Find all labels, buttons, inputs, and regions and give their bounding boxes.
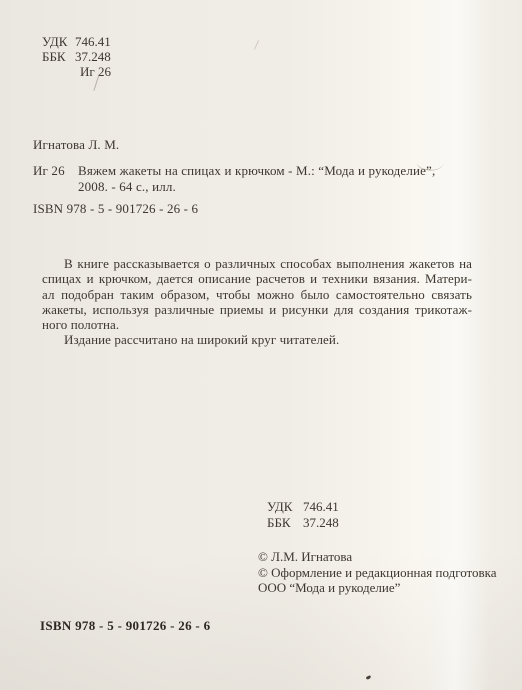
udk-row: УДК 746.41 [42,34,111,49]
copyright-publisher: ООО “Мода и рукоделие” [258,580,497,596]
annotation-line: спицах и крючком, дается описание расчет… [42,271,472,286]
scan-artifact-dust [254,40,259,50]
annotation-line: В книге рассказывается о различных спосо… [42,256,472,271]
udk-value-bottom: 746.41 [303,499,339,515]
book-imprint-page: УДК 746.41 ББК 37.248 Иг 26 Игнатова Л. … [0,0,522,690]
udk-label-bottom: УДК [267,499,303,515]
isbn-top: ISBN 978 - 5 - 901726 - 26 - 6 [33,201,198,216]
isbn-bottom: ISBN 978 - 5 - 901726 - 26 - 6 [40,618,210,633]
annotation-line: жакеты, используя различные приемы и рис… [42,302,472,317]
codes-bottom-block: УДК 746.41 ББК 37.248 [267,499,339,531]
bbk-row: ББК 37.248 [42,49,111,64]
author-sign: Иг 26 [80,64,111,79]
annotation-block: В книге рассказывается о различных спосо… [42,256,472,348]
catalog-title-line1: Вяжем жакеты на спицах и крючком - М.: “… [78,163,435,178]
copyright-block: © Л.М. Игнатова © Оформление и редакцион… [258,549,497,596]
scan-artifact-speck [366,675,372,680]
author-name: Игнатова Л. М. [33,137,119,152]
bbk-value: 37.248 [75,49,111,64]
bbk-label: ББК [42,49,75,64]
bbk-label-bottom: ББК [267,515,303,531]
annotation-readers-line: Издание рассчитано на широкий круг читат… [42,332,472,347]
udk-row-bottom: УДК 746.41 [267,499,339,515]
annotation-line: ного полотна. [42,317,472,332]
udk-label: УДК [42,34,75,49]
udk-value: 746.41 [75,34,111,49]
bbk-row-bottom: ББК 37.248 [267,515,339,531]
annotation-line: ал подобран таким образом, чтобы можно б… [42,287,472,302]
codes-top-block: УДК 746.41 ББК 37.248 Иг 26 [42,34,111,79]
copyright-author: © Л.М. Игнатова [258,549,497,565]
catalog-title-line2: 2008. - 64 с., илл. [78,179,176,194]
bbk-value-bottom: 37.248 [303,515,339,531]
author-sign-row: Иг 26 [42,64,111,79]
copyright-design: © Оформление и редакционная подготовка [258,565,497,581]
catalog-sign: Иг 26 [33,163,65,178]
